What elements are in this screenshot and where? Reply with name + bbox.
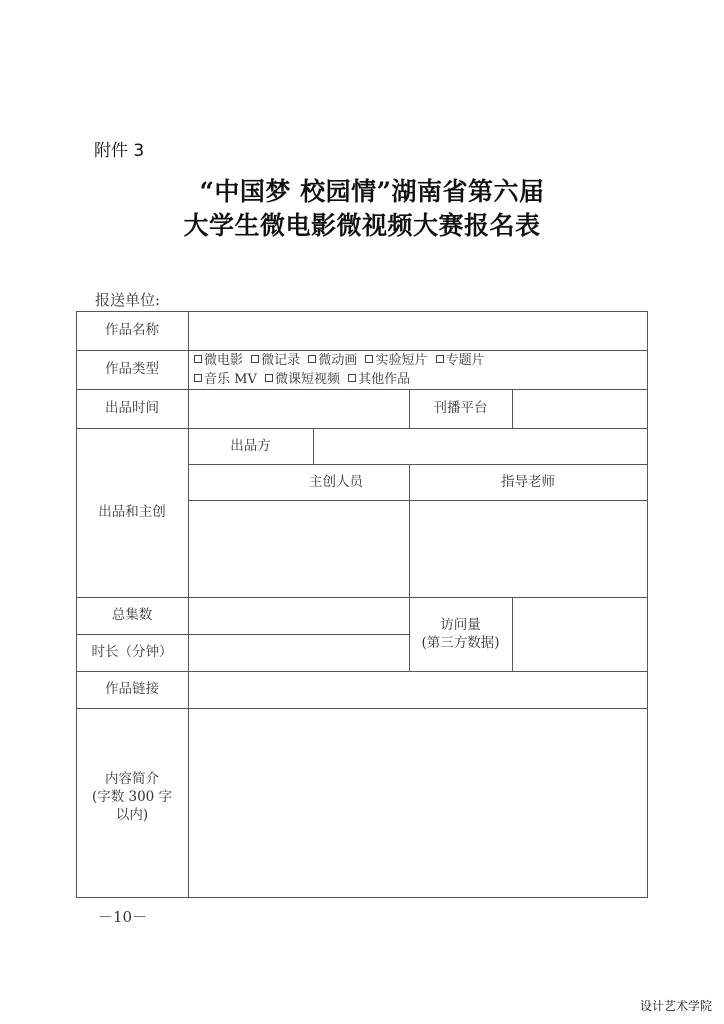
checkbox-icon[interactable] [194,374,202,382]
work-type-label: 作品类型 [76,350,188,389]
checkbox-icon[interactable] [436,355,444,363]
work-type-option[interactable]: 微动画 [308,353,357,368]
link-input[interactable] [189,672,647,708]
views-label: 访问量 (第三方数据) [409,597,512,671]
page-number: －10－ [98,906,147,927]
work-type-option[interactable]: 实验短片 [365,353,427,368]
work-type-option[interactable]: 其他作品 [348,372,410,387]
link-label: 作品链接 [76,671,188,708]
checkbox-icon[interactable] [308,355,316,363]
checkbox-icon[interactable] [194,355,202,363]
release-time-input[interactable] [189,390,409,428]
platform-input[interactable] [513,390,647,428]
work-type-options: 微电影 微记录 微动画 实验短片 专题片 音乐 MV 微课短视频 其他作品 [194,351,489,389]
work-type-option[interactable]: 微课短视频 [265,372,340,387]
checkbox-icon[interactable] [348,374,356,382]
platform-label: 刊播平台 [409,389,512,428]
attachment-label: 附件 3 [94,136,144,161]
producer-input[interactable] [314,429,647,464]
release-time-label: 出品时间 [76,389,188,428]
page-title-line2: 大学生微电影微视频大赛报名表 [0,206,724,242]
production-label: 出品和主创 [76,428,188,597]
producer-label: 出品方 [188,428,313,464]
checkbox-icon[interactable] [365,355,373,363]
episodes-label: 总集数 [76,597,188,634]
work-type-option[interactable]: 微电影 [194,353,243,368]
duration-label: 时长（分钟） [76,634,188,671]
summary-label: 内容简介 (字数 300 字 以内) [76,770,188,836]
summary-input[interactable] [189,709,647,897]
table-border [647,311,648,898]
episodes-input[interactable] [189,598,409,634]
checkbox-icon[interactable] [251,355,259,363]
creators-input[interactable] [189,501,409,597]
advisor-input[interactable] [410,501,647,597]
views-input[interactable] [513,598,647,671]
work-type-option[interactable]: 音乐 MV [194,372,257,387]
work-name-input[interactable] [189,312,647,350]
duration-input[interactable] [189,635,409,671]
work-type-option[interactable]: 专题片 [436,353,485,368]
work-name-label: 作品名称 [76,311,188,350]
watermark-text: 设计艺术学院 [640,997,712,1014]
submitting-unit-label: 报送单位: [95,289,160,310]
creators-label: 主创人员 [188,464,409,500]
advisor-label: 指导老师 [409,464,647,500]
checkbox-icon[interactable] [265,374,273,382]
table-border [76,897,648,898]
page-title-line1: “中国梦 校园情”湖南省第六届 [10,172,724,208]
work-type-option[interactable]: 微记录 [251,353,300,368]
